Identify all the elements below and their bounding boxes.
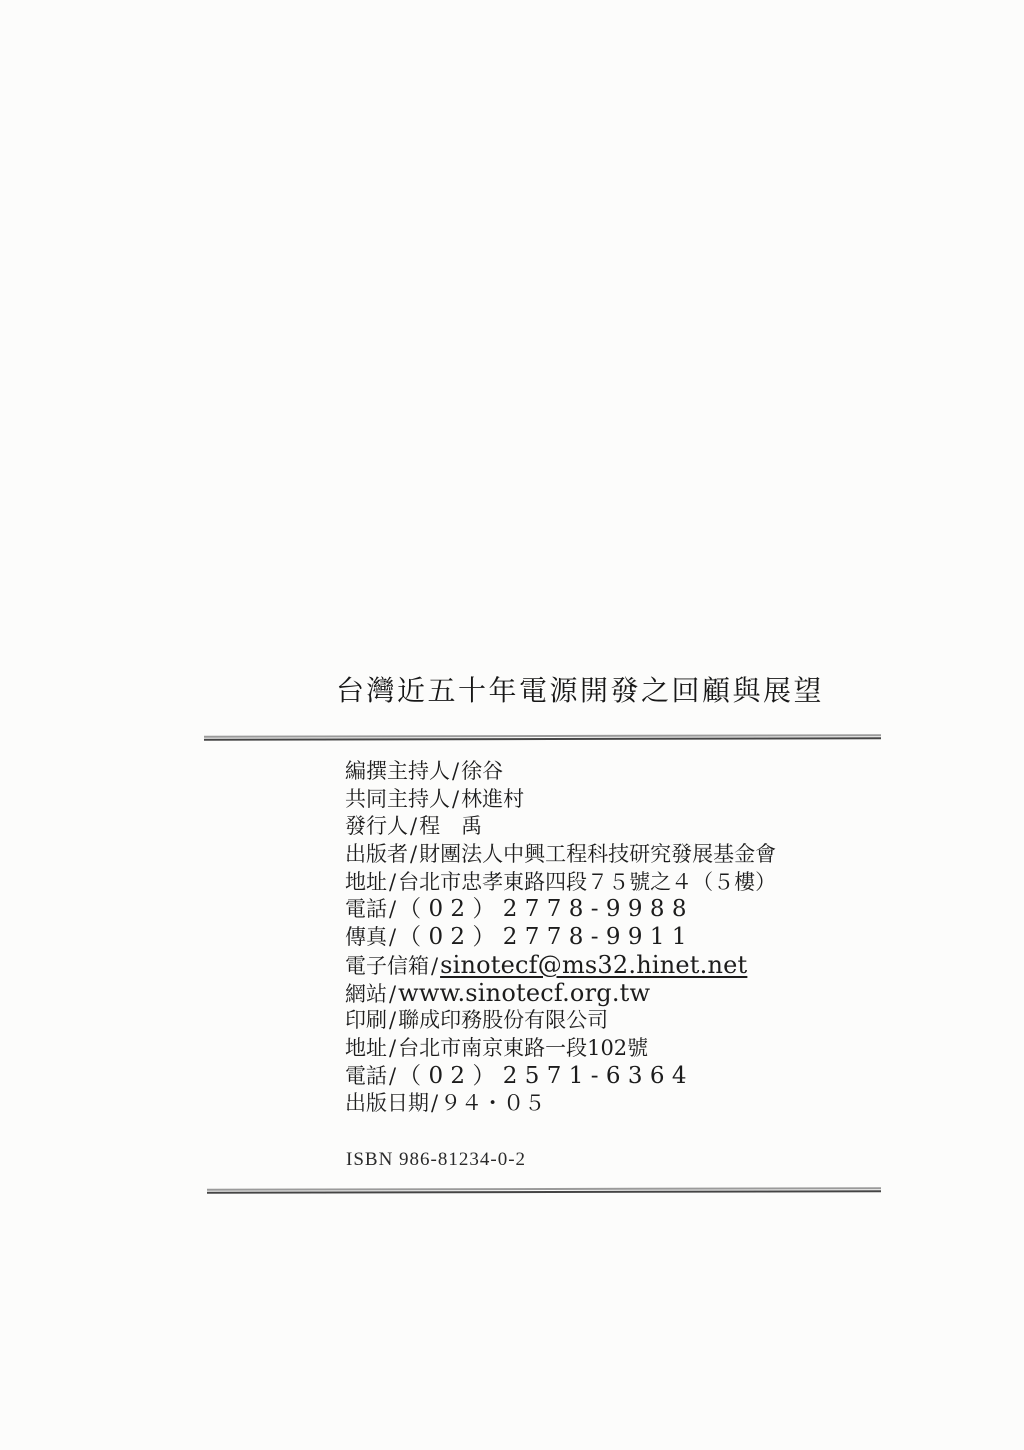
info-value: 程 禹 [419,814,482,838]
label-separator: / [387,1008,398,1032]
info-label: 印刷 [345,1008,387,1032]
book-title: 台灣近五十年電源開發之回顧與展望 [336,669,824,709]
info-row-publisher-person: 發行人/程 禹 [345,813,776,841]
isbn-number: ISBN 986-81234-0-2 [346,1149,526,1171]
info-label: 電話 [345,897,387,921]
label-separator: / [429,1091,440,1115]
label-separator: / [387,870,398,894]
info-row-email: 電子信箱/sinotecf@ms32.hinet.net [345,952,776,980]
info-row-printer: 印刷/聯成印務股份有限公司 [345,1007,776,1035]
scanned-colophon-page: 台灣近五十年電源開發之回顧與展望 編撰主持人/徐谷 共同主持人/林進村 發行人/… [0,0,1024,1450]
info-value: （02）2778-9911 [398,924,694,950]
info-label: 傳真 [345,925,387,949]
info-value: 台北市南京東路一段102號 [398,1036,648,1060]
info-row-co-editor: 共同主持人/林進村 [345,786,776,814]
label-separator: / [450,787,461,811]
info-label: 發行人 [345,814,408,838]
label-separator: / [408,842,419,866]
info-row-publisher-org: 出版者/財團法人中興工程科技研究發展基金會 [345,841,776,869]
info-value: ９４・０５ [440,1091,545,1115]
website-url: www.sinotecf.org.tw [398,979,650,1007]
info-label: 網站 [345,982,387,1006]
info-row-phone-2: 電話/（02）2571-6364 [345,1063,776,1091]
label-separator: / [387,1064,398,1088]
info-value: 林進村 [461,787,524,811]
label-separator: / [387,897,398,921]
label-separator: / [387,982,398,1006]
info-value: 台北市忠孝東路四段７５號之４（５樓） [398,870,776,894]
info-value: 聯成印務股份有限公司 [398,1008,608,1032]
label-separator: / [387,1036,398,1060]
publication-info-block: 編撰主持人/徐谷 共同主持人/林進村 發行人/程 禹 出版者/財團法人中興工程科… [345,758,776,1118]
top-double-rule [204,734,881,740]
info-row-phone-1: 電話/（02）2778-9988 [345,896,776,924]
info-row-address-2: 地址/台北市南京東路一段102號 [345,1035,776,1063]
info-label: 編撰主持人 [345,759,450,783]
label-separator: / [429,954,440,978]
bottom-double-rule [207,1187,881,1193]
info-label: 出版者 [345,842,408,866]
info-value: （02）2778-9988 [398,896,694,922]
label-separator: / [387,925,398,949]
info-label: 出版日期 [345,1091,429,1115]
email-address: sinotecf@ms32.hinet.net [440,951,747,979]
info-value: 財團法人中興工程科技研究發展基金會 [419,842,776,866]
info-label: 共同主持人 [345,787,450,811]
info-value: 徐谷 [461,759,503,783]
label-separator: / [450,759,461,783]
label-separator: / [408,814,419,838]
info-label: 地址 [345,870,387,894]
info-row-website: 網站/www.sinotecf.org.tw [345,980,776,1008]
info-value: （02）2571-6364 [398,1063,694,1089]
info-label: 地址 [345,1036,387,1060]
info-row-fax: 傳真/（02）2778-9911 [345,924,776,952]
info-label: 電子信箱 [345,954,429,978]
info-row-publish-date: 出版日期/９４・０５ [345,1090,776,1118]
info-label: 電話 [345,1064,387,1088]
info-row-address-1: 地址/台北市忠孝東路四段７５號之４（５樓） [345,869,776,897]
info-row-editor: 編撰主持人/徐谷 [345,758,776,786]
